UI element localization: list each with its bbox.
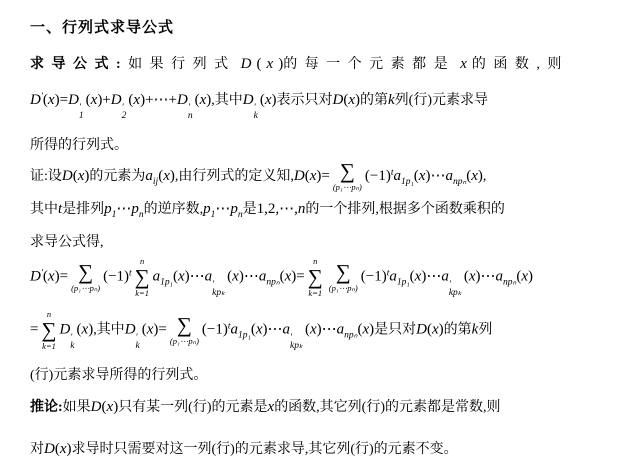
paragraph-resulting-determinant: 所得的行列式。: [30, 134, 604, 154]
summation-symbol: ∑(p₁⋯pₙ): [333, 161, 362, 192]
paragraph-derivative-formula-statement: 求导公式:如果行列式D(x)的每一个元素都是x的函数,则: [30, 53, 604, 73]
section-heading: 一、行列式求导公式: [30, 16, 604, 37]
paragraph-product-rule: 求导公式得,: [30, 231, 604, 251]
paragraph-row-elements-derivative: (行)元素求导所得的行列式。: [30, 364, 604, 384]
summation-symbol: ∑(p₁⋯pₙ): [71, 262, 100, 293]
paragraph-inversion-number: 其中t是排列p1⋯pn的逆序数,p1⋯pn是1,2,⋯,n的一个排列,根据多个函…: [30, 198, 604, 220]
document-page: 一、行列式求导公式 求导公式:如果行列式D(x)的每一个元素都是x的函数,则 D…: [0, 0, 628, 476]
paragraph-proof-definition: 证:设D(x)的元素为aij(x),由行列式的定义知,D(x)=∑(p₁⋯pₙ)…: [30, 161, 604, 192]
summation-symbol: n∑k=1: [41, 310, 56, 350]
formula-sum-dk-prime: =n∑k=1D′k(x),其中D′k(x)=∑(p₁⋯pₙ)(−1)ta1p₁(…: [30, 310, 604, 351]
formula-d-prime-expansion: D′(x)=D′1(x)+D′2(x)+⋯+D′n(x),其中D′k(x)表示只…: [30, 89, 604, 122]
formula-d-prime-double-sum: D′(x)=∑(p₁⋯pₙ)(−1)tn∑k=1a1p₁(x)⋯a′kpₖ(x)…: [30, 257, 604, 298]
summation-symbol: ∑(p₁⋯pₙ): [329, 262, 358, 293]
summation-symbol: ∑(p₁⋯pₙ): [170, 315, 199, 346]
summation-symbol: n∑k=1: [135, 257, 150, 297]
paragraph-corollary-conclusion: 对D(x)求导时只需要对这一列(行)的元素求导,其它列(行)的元素不变。: [30, 438, 604, 458]
summation-symbol: n∑k=1: [308, 257, 323, 297]
paragraph-corollary: 推论:如果D(x)只有某一列(行)的元素是x的函数,其它列(行)的元素都是常数,…: [30, 396, 604, 416]
